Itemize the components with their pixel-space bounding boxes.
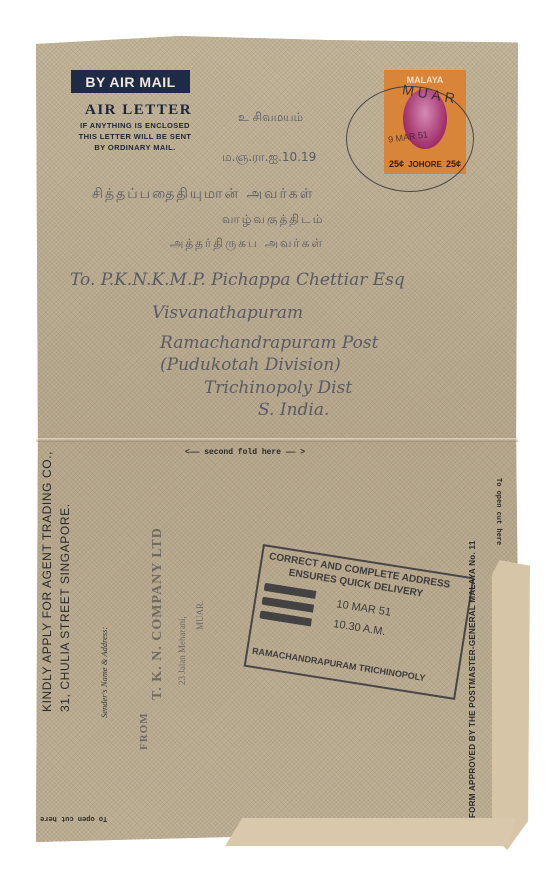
address-line: Visvanathapuram [152, 303, 303, 323]
sender-company-city: MUAR. [190, 601, 208, 630]
sender-company-street: 23 Jalan Meharani, [177, 616, 187, 685]
stamp-country: MALAYA [389, 75, 461, 85]
sender-company-stamp: T. K. N. COMPANY LTD [148, 527, 166, 700]
airmail-label: BY AIR MAIL [71, 70, 190, 93]
sender-company-name: T. K. N. COMPANY LTD [150, 527, 165, 700]
wavy-bars-icon [258, 583, 316, 633]
enclosure-note-line: BY ORDINARY MAIL. [65, 142, 205, 153]
slogan-date: 10 MAR 51 [336, 598, 392, 618]
printer-address: 31, CHULIA STREET SINGAPORE. [56, 503, 74, 712]
from-label: FROM [134, 712, 152, 750]
handwritten-tamil-line: வாழ்வகுத்திடம் [222, 212, 324, 228]
handwritten-tamil-line: அத்தர்திருகப அவர்கள் [170, 236, 324, 252]
open-cut-instruction-right: To open cut here [492, 478, 510, 545]
air-letter-title: AIR LETTER [85, 102, 192, 119]
address-line: Trichinopoly Dist [204, 378, 352, 398]
printer-imprint: KINDLY APPLY FOR AGENT TRADING CO., [38, 451, 56, 712]
side-flap [492, 560, 530, 850]
form-approval-text: FORM APPROVED BY THE POSTMASTER-GENERAL … [468, 540, 477, 818]
address-line: To. P.K.N.K.M.P. Pichappa Chettiar Esq [70, 270, 405, 290]
form-approval: FORM APPROVED BY THE POSTMASTER-GENERAL … [462, 540, 480, 818]
sender-company-address: 23 Jalan Meharani, [172, 616, 190, 685]
printer-address-text: 31, CHULIA STREET SINGAPORE. [58, 503, 72, 712]
enclosure-note-line: THIS LETTER WILL BE SENT [65, 131, 205, 142]
handwritten-date: ம.ஞ.ரா.ஐ.10.19 [222, 150, 316, 166]
open-cut-text: To open cut here [40, 814, 107, 822]
fold-instruction: <—— second fold here —— > [185, 448, 305, 457]
handwritten-tamil-line: சித்தப்பதைதியுமான் அவர்கள் [92, 186, 314, 204]
open-cut-text: To open cut here [494, 478, 502, 545]
bottom-flap [225, 818, 515, 846]
enclosure-note-line: IF ANYTHING IS ENCLOSED [65, 120, 205, 131]
handwritten-greeting: உ சிவமயம் [238, 110, 303, 126]
printer-name: KINDLY APPLY FOR AGENT TRADING CO., [40, 451, 54, 712]
address-line: S. India. [258, 400, 329, 420]
fold-crease [36, 438, 518, 442]
open-cut-instruction-bottom: To open cut here [40, 812, 107, 830]
sender-company-city-text: MUAR. [195, 601, 205, 630]
enclosure-note: IF ANYTHING IS ENCLOSED THIS LETTER WILL… [65, 120, 205, 153]
sender-label: Sender's Name & Address: [94, 627, 112, 718]
from-label-text: FROM [138, 712, 150, 750]
slogan-time: 10.30 A.M. [332, 618, 386, 638]
address-line: (Pudukotah Division) [160, 355, 341, 375]
address-line: Ramachandrapuram Post [160, 333, 378, 353]
sender-label-text: Sender's Name & Address: [99, 627, 109, 718]
